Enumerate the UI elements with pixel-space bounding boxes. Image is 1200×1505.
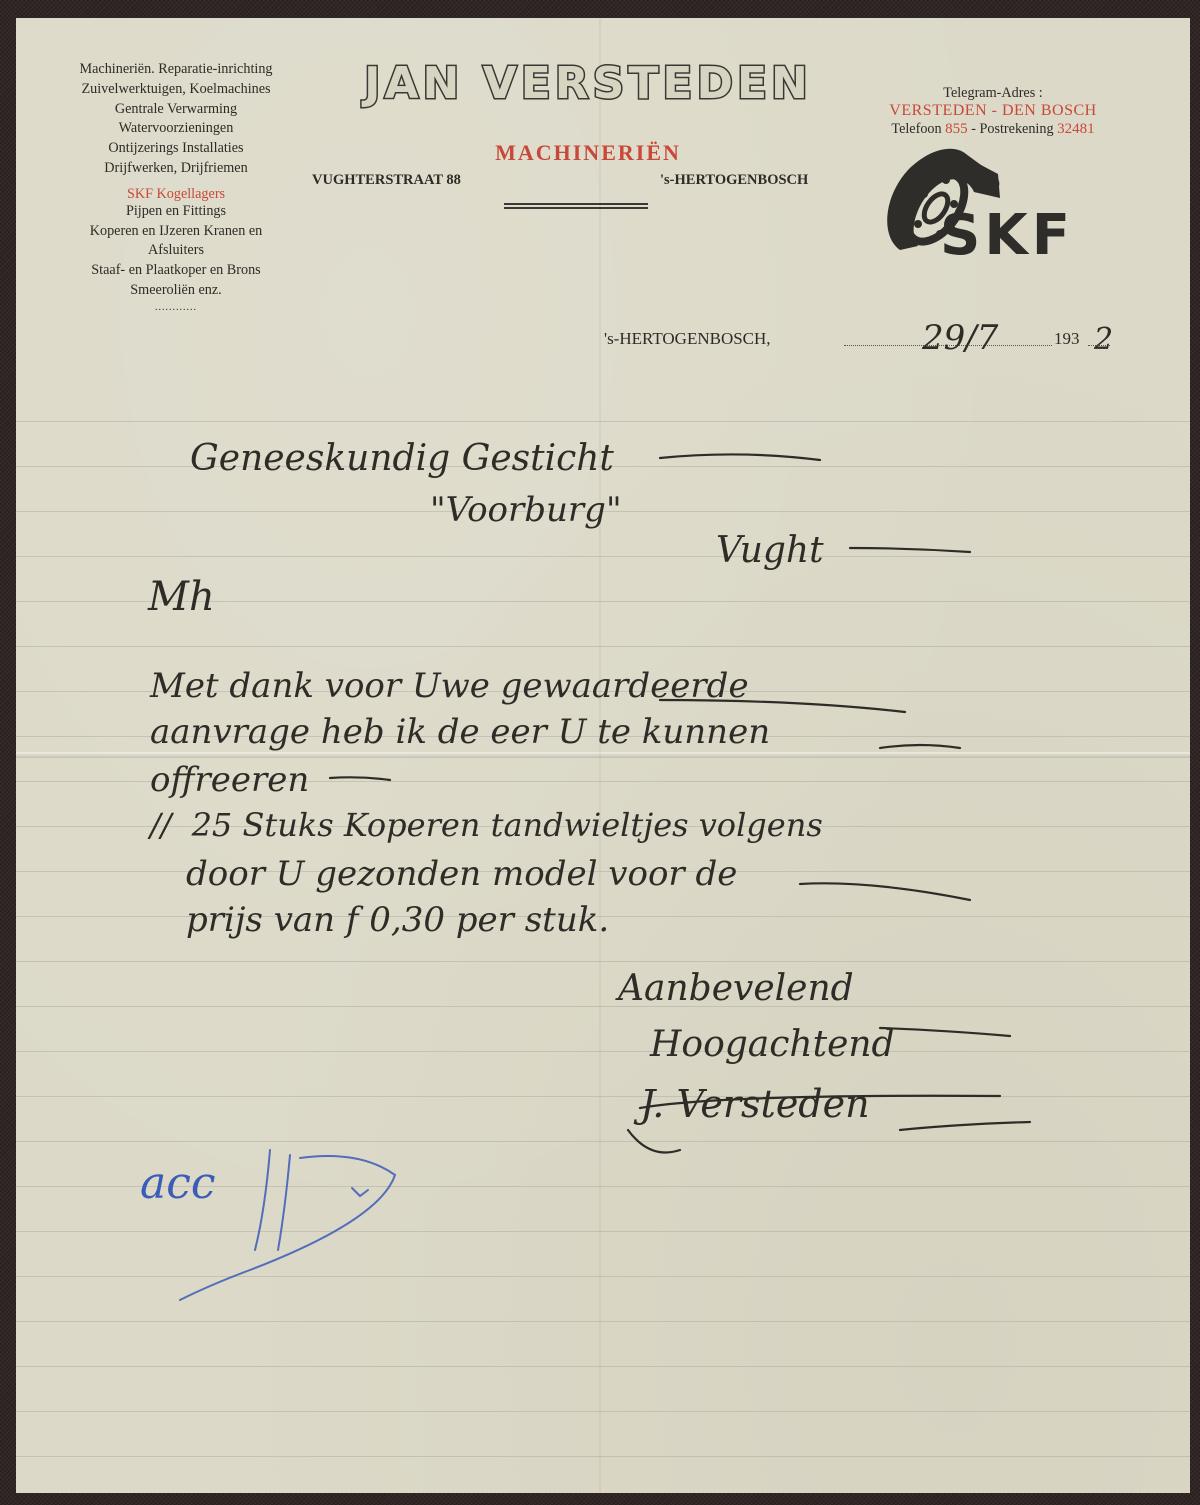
phone-number: 855	[945, 121, 968, 137]
phone-giro-line: Telefoon 855 - Postrekening 32481	[858, 120, 1128, 138]
salutation: Mh	[148, 574, 215, 620]
signature: J. Versteden	[640, 1082, 870, 1126]
body-line-text: 25 Stuks Koperen tandwieltjes volgens	[192, 806, 823, 844]
service-item: Drijfwerken, Drijfriemen	[36, 159, 316, 179]
body-line: aanvrage heb ik de eer U te kunnen	[150, 712, 770, 752]
double-rule-divider	[504, 203, 648, 209]
services-list: Machineriën. Reparatie-inrichting Zuivel…	[36, 60, 316, 313]
skf-bearing-logo-icon: SKF	[878, 146, 1118, 262]
company-name: JAN VERSTEDEN	[313, 58, 863, 110]
company-subtitle: MACHINERIËN	[313, 140, 863, 166]
service-item: Machineriën. Reparatie-inrichting	[36, 60, 316, 80]
dotted-separator: ............	[36, 303, 316, 313]
recipient-line: "Voorburg"	[430, 490, 622, 530]
closing-line: Aanbevelend	[618, 968, 854, 1009]
service-item: Watervoorzieningen	[36, 119, 316, 139]
telegram-label: Telegram-Adres :	[858, 84, 1128, 102]
recipient-line: Vught	[716, 530, 824, 571]
recipient-line: Geneeskundig Gesticht	[190, 438, 614, 479]
skf-logo-text: SKF	[940, 203, 1074, 262]
street-address: VUGHTERSTRAAT 88	[312, 172, 461, 189]
handwritten-date: 29/7	[922, 318, 998, 358]
giro-label: - Postrekening	[971, 121, 1053, 137]
contact-block: Telegram-Adres : VERSTEDEN - DEN BOSCH T…	[858, 84, 1128, 138]
service-item: Koperen en IJzeren Kranen en	[36, 222, 316, 242]
city-address: 's-HERTOGENBOSCH	[660, 172, 808, 189]
service-item: Pijpen en Fittings	[36, 202, 316, 222]
service-item: Zuivelwerktuigen, Koelmachines	[36, 80, 316, 100]
dateline-city: 's-HERTOGENBOSCH,	[604, 329, 771, 349]
service-item: Ontijzerings Installaties	[36, 139, 316, 159]
blue-annotation-text: acc	[140, 1158, 216, 1209]
giro-number: 32481	[1057, 121, 1095, 137]
closing-line: Hoogachtend	[650, 1024, 895, 1065]
service-item: Staaf- en Plaatkoper en Brons	[36, 261, 316, 281]
telegram-address: VERSTEDEN - DEN BOSCH	[858, 102, 1128, 120]
phone-label: Telefoon	[891, 121, 941, 137]
dateline-year-prefix: 193	[1054, 329, 1080, 349]
body-line: Met dank voor Uwe gewaardeerde	[150, 666, 749, 706]
horizontal-fold-crease	[16, 752, 1190, 758]
service-item-highlight: SKF Kogellagers	[36, 186, 316, 202]
body-line: //25 Stuks Koperen tandwieltjes volgens	[150, 806, 823, 844]
body-line: prijs van f 0,30 per stuk.	[186, 900, 609, 940]
service-item: Gentrale Verwarming	[36, 100, 316, 120]
vertical-fold-crease	[599, 18, 601, 1493]
service-item: Smeeroliën enz.	[36, 281, 316, 301]
dateline: 's-HERTOGENBOSCH, 193	[604, 323, 1144, 357]
service-item: Afsluiters	[36, 241, 316, 261]
body-line: offreeren	[150, 760, 309, 800]
handwritten-year-digit: 2	[1094, 322, 1113, 357]
body-line: door U gezonden model voor de	[186, 854, 737, 894]
